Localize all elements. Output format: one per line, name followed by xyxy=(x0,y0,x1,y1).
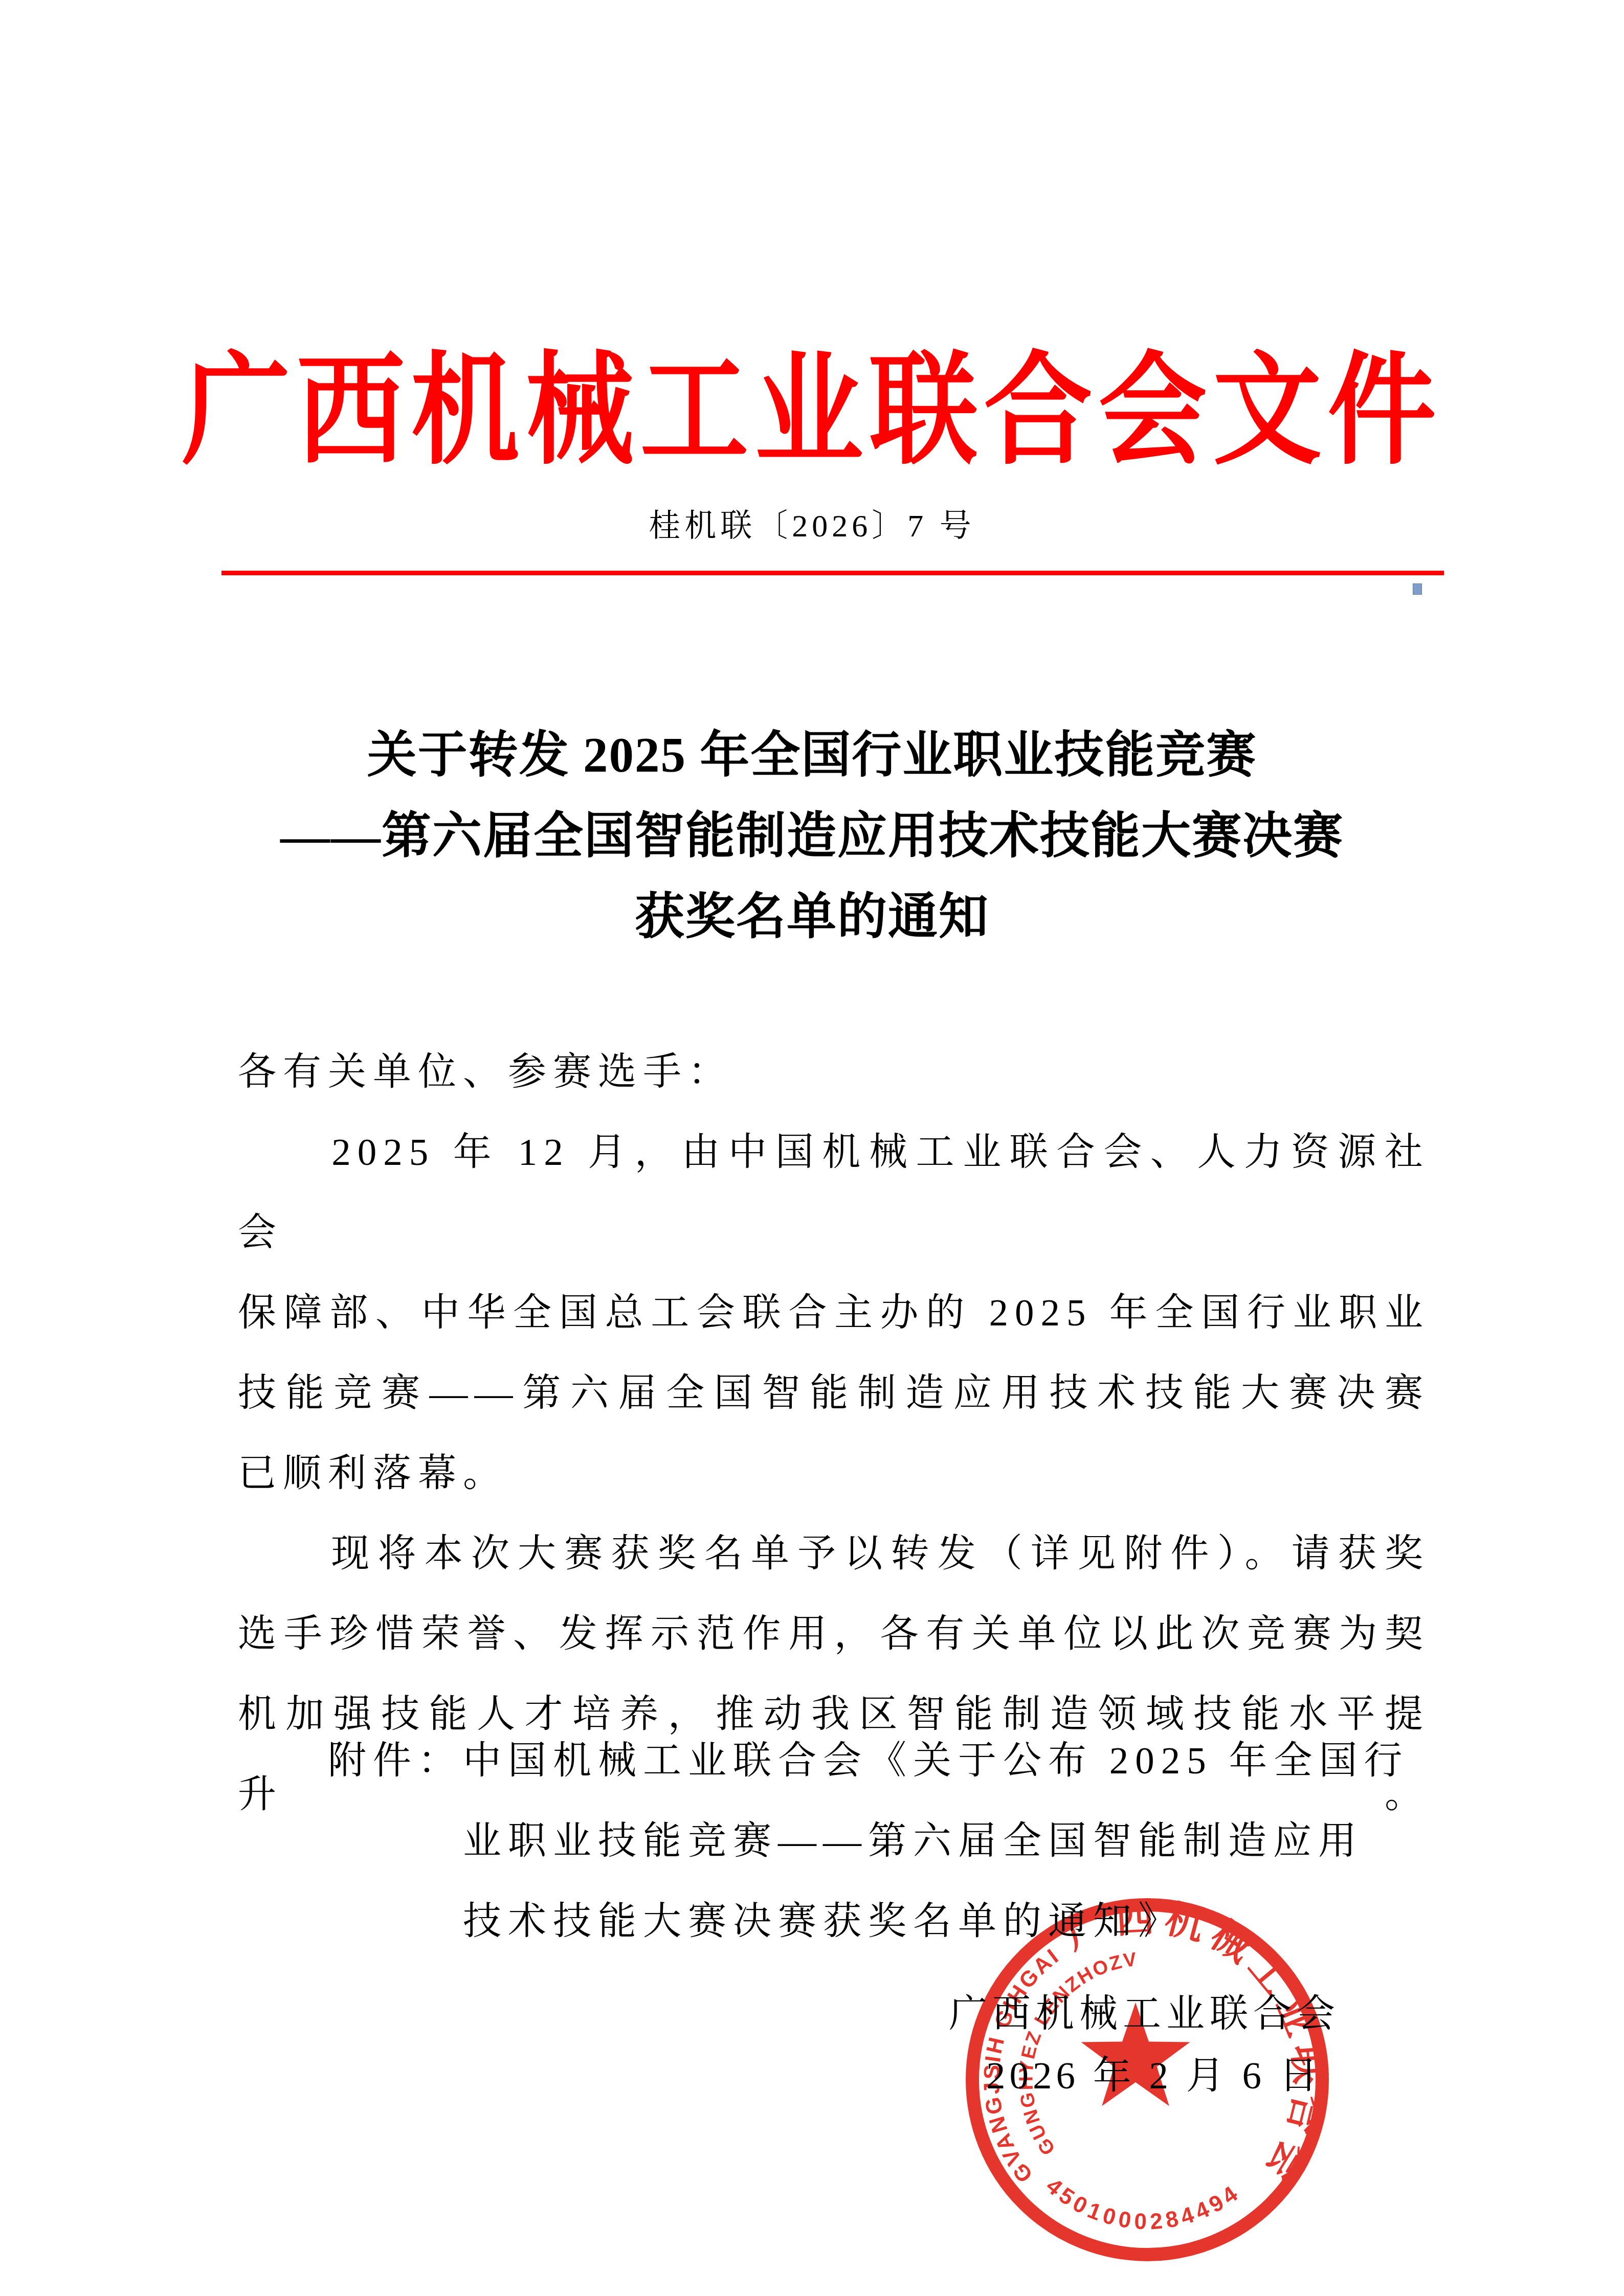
body-line: 选手珍惜荣誉、发挥示范作用，各有关单位以此次竞赛为契 xyxy=(238,1594,1430,1674)
attachment-note: 附件：中国机械工业联合会《关于公布 2025 年全国行 业职业技能竞赛——第六届… xyxy=(238,1721,1430,1962)
body-line: 技能竞赛——第六届全国智能制造应用技术技能大赛决赛 xyxy=(238,1353,1430,1433)
document-title-line: ——第六届全国智能制造应用技术技能大赛决赛 xyxy=(0,796,1624,876)
letterhead-masthead: 广西机械工业联合会文件 xyxy=(0,313,1624,488)
attachment-line: 技术技能大赛决赛获奖名单的通知》 xyxy=(238,1881,1430,1962)
issuer-signature: 广西机械工业联合会 xyxy=(949,1983,1340,2038)
document-body: 各有关单位、参赛选手： 2025 年 12 月，由中国机械工业联合会、人力资源社… xyxy=(238,1032,1430,1835)
letterhead-rule-divider xyxy=(221,571,1444,575)
body-line: 现将本次大赛获奖名单予以转发（详见附件）。请获奖 xyxy=(238,1514,1430,1594)
document-title-line: 获奖名单的通知 xyxy=(0,876,1624,957)
issue-date: 2026 年 2 月 6 日 xyxy=(986,2045,1322,2100)
body-line: 2025 年 12 月，由中国机械工业联合会、人力资源社会 xyxy=(238,1112,1430,1273)
revision-marker xyxy=(1413,583,1422,595)
seal-serial-number: 4501000284494 xyxy=(1041,2173,1245,2235)
body-line: 已顺利落幕。 xyxy=(238,1433,1430,1514)
body-line: 保障部、中华全国总工会联合主办的 2025 年全国行业职业 xyxy=(238,1273,1430,1353)
document-title-line: 关于转发 2025 年全国行业职业技能竞赛 xyxy=(0,715,1624,796)
attachment-line: 附件：中国机械工业联合会《关于公布 2025 年全国行 xyxy=(238,1721,1430,1801)
document-number: 桂机联〔2026〕7 号 xyxy=(0,500,1624,546)
document-title: 关于转发 2025 年全国行业职业技能竞赛 ——第六届全国智能制造应用技术技能大… xyxy=(0,715,1624,957)
official-document-page: 广西机械工业联合会文件 桂机联〔2026〕7 号 关于转发 2025 年全国行业… xyxy=(0,0,1624,2296)
attachment-line: 业职业技能竞赛——第六届全国智能制造应用 xyxy=(238,1801,1430,1881)
body-line-salutation: 各有关单位、参赛选手： xyxy=(238,1032,1430,1112)
